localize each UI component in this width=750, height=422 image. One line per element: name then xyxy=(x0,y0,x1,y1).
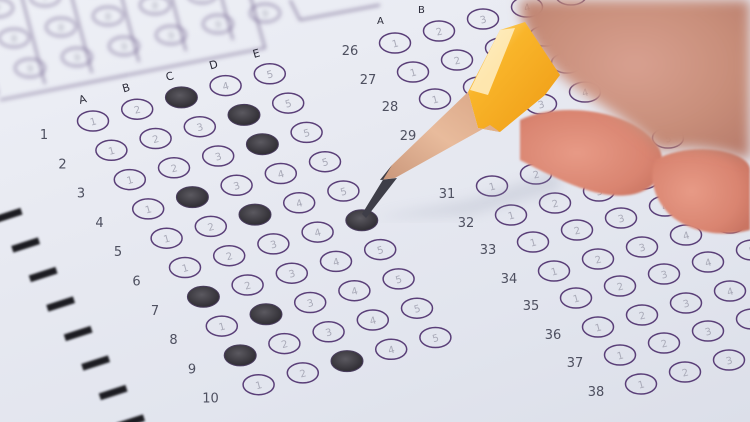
svg-text:3: 3 xyxy=(725,355,734,367)
svg-text:1: 1 xyxy=(507,210,516,222)
svg-text:1: 1 xyxy=(409,67,418,79)
svg-text:2: 2 xyxy=(573,225,582,237)
answer-bubble-2-b[interactable]: 2 xyxy=(140,129,171,149)
answer-bubble-1-b[interactable]: 2 xyxy=(122,99,153,119)
answer-bubble-10-b[interactable]: 2 xyxy=(287,363,318,383)
question-number: 35 xyxy=(523,299,540,314)
answer-bubble-35-a[interactable]: 1 xyxy=(561,288,592,308)
svg-text:1: 1 xyxy=(144,204,153,216)
question-number: 36 xyxy=(545,328,562,343)
id-bubble: 8 xyxy=(93,7,123,25)
answer-bubble-8-e[interactable]: 5 xyxy=(383,269,414,289)
answer-bubble-9-a[interactable] xyxy=(224,345,256,366)
answer-bubble-3-b[interactable]: 2 xyxy=(159,158,190,178)
svg-text:1: 1 xyxy=(181,263,190,275)
timing-mark xyxy=(11,237,40,252)
svg-text:3: 3 xyxy=(537,99,546,111)
svg-text:3: 3 xyxy=(324,327,333,339)
svg-text:1: 1 xyxy=(572,293,581,305)
svg-text:8: 8 xyxy=(58,23,64,34)
answer-bubble-8-b[interactable] xyxy=(250,304,282,325)
answer-bubble-1-e[interactable]: 5 xyxy=(254,64,285,84)
question-number: 5 xyxy=(114,245,122,260)
svg-text:1: 1 xyxy=(529,237,538,249)
svg-text:3: 3 xyxy=(479,14,488,26)
answer-bubble-6-b[interactable]: 2 xyxy=(214,246,245,266)
svg-text:4: 4 xyxy=(726,286,735,298)
svg-text:1: 1 xyxy=(218,321,227,333)
svg-text:3: 3 xyxy=(638,242,647,254)
answer-bubble-28-a[interactable]: 1 xyxy=(420,89,451,109)
timing-mark xyxy=(99,385,128,400)
svg-text:5: 5 xyxy=(321,157,330,169)
svg-text:3: 3 xyxy=(288,269,297,281)
answer-bubble-6-e[interactable] xyxy=(346,210,378,231)
answer-bubble-35-e[interactable]: 5 xyxy=(737,240,750,260)
answer-bubble-9-e[interactable]: 5 xyxy=(402,298,433,318)
answer-bubble-7-c[interactable]: 3 xyxy=(276,263,307,283)
timing-marks xyxy=(0,208,145,422)
answer-bubble-5-a[interactable]: 1 xyxy=(151,228,182,248)
svg-text:2: 2 xyxy=(280,339,289,351)
svg-text:5: 5 xyxy=(266,69,275,81)
answer-bubble-38-a[interactable]: 1 xyxy=(626,374,657,394)
svg-text:4: 4 xyxy=(221,81,230,93)
svg-text:1: 1 xyxy=(616,350,625,362)
question-row-1: 11245 xyxy=(40,64,285,143)
svg-text:4: 4 xyxy=(295,198,304,210)
answer-bubble-26-b[interactable]: 2 xyxy=(424,21,455,41)
answer-bubble-34-c[interactable]: 3 xyxy=(627,237,658,257)
answer-bubble-5-c[interactable] xyxy=(239,204,271,225)
answer-bubble-36-b[interactable]: 2 xyxy=(627,305,658,325)
answer-bubble-4-a[interactable]: 1 xyxy=(133,199,164,219)
id-bubble: 8 xyxy=(0,29,29,47)
pencil-shadow xyxy=(372,170,560,218)
id-bubble: 7 xyxy=(30,0,60,6)
svg-text:3: 3 xyxy=(306,298,315,310)
svg-text:4: 4 xyxy=(682,230,691,242)
svg-text:2: 2 xyxy=(170,163,179,175)
question-number: 1 xyxy=(40,128,48,143)
answer-bubble-38-b[interactable]: 2 xyxy=(670,362,701,382)
svg-text:2: 2 xyxy=(299,368,308,380)
answer-bubble-6-d[interactable]: 4 xyxy=(302,222,333,242)
svg-text:2: 2 xyxy=(435,26,444,38)
svg-text:2: 2 xyxy=(616,281,625,293)
svg-text:1: 1 xyxy=(89,116,98,128)
svg-text:8: 8 xyxy=(152,1,158,12)
question-number: 8 xyxy=(169,333,177,348)
answer-bubble-10-a[interactable]: 1 xyxy=(243,375,274,395)
answer-bubble-1-c[interactable] xyxy=(165,87,197,108)
svg-text:5: 5 xyxy=(284,98,293,110)
svg-text:2: 2 xyxy=(551,198,560,210)
answer-bubble-1-d[interactable]: 4 xyxy=(210,76,241,96)
svg-text:3: 3 xyxy=(232,181,241,193)
question-number: 3 xyxy=(77,187,85,202)
question-row-9: 92345 xyxy=(188,298,433,377)
svg-text:1: 1 xyxy=(254,380,263,392)
timing-mark xyxy=(29,267,58,282)
svg-text:1: 1 xyxy=(162,234,171,246)
svg-text:5: 5 xyxy=(394,274,403,286)
answer-bubble-4-b[interactable] xyxy=(176,187,208,208)
answer-bubble-4-c[interactable]: 3 xyxy=(221,175,252,195)
right-column-header-b: B xyxy=(418,5,425,16)
question-row-37: 371234 xyxy=(567,309,750,371)
answer-bubble-8-a[interactable]: 1 xyxy=(206,316,237,336)
question-row-8: 81345 xyxy=(169,269,414,348)
svg-text:4: 4 xyxy=(704,257,713,269)
svg-text:2: 2 xyxy=(207,222,216,234)
photo-canvas: 789789789789789789 ABCDE 112452123531235… xyxy=(0,0,750,422)
answer-bubble-34-b[interactable]: 2 xyxy=(583,249,614,269)
answer-bubble-34-a[interactable]: 1 xyxy=(539,261,570,281)
answer-bubble-33-b[interactable]: 2 xyxy=(562,220,593,240)
svg-text:2: 2 xyxy=(660,338,669,350)
question-number: 9 xyxy=(188,362,196,377)
answer-bubble-37-d[interactable]: 4 xyxy=(737,309,750,329)
answer-sheet-photo: 789789789789789789 ABCDE 112452123531235… xyxy=(0,0,750,422)
svg-text:3: 3 xyxy=(214,151,223,163)
svg-text:8: 8 xyxy=(11,34,17,45)
svg-text:2: 2 xyxy=(225,251,234,263)
answer-bubble-3-d[interactable] xyxy=(246,134,278,155)
answer-bubble-6-c[interactable]: 3 xyxy=(258,234,289,254)
answer-bubble-7-b[interactable]: 2 xyxy=(232,275,263,295)
svg-text:3: 3 xyxy=(660,269,669,281)
question-number: 26 xyxy=(342,44,359,59)
answer-bubble-33-a[interactable]: 1 xyxy=(518,232,549,252)
svg-text:4: 4 xyxy=(369,315,378,327)
answer-bubble-3-c[interactable]: 3 xyxy=(203,146,234,166)
svg-text:3: 3 xyxy=(682,298,691,310)
svg-text:1: 1 xyxy=(391,38,400,50)
answer-bubble-10-e[interactable]: 5 xyxy=(420,328,451,348)
svg-text:2: 2 xyxy=(453,55,462,67)
answer-bubble-9-c[interactable]: 3 xyxy=(313,322,344,342)
column-header-b: B xyxy=(121,81,132,96)
question-number: 27 xyxy=(360,73,377,88)
answer-bubble-32-a[interactable]: 1 xyxy=(496,205,527,225)
svg-text:2: 2 xyxy=(638,310,647,322)
question-row-4: 41345 xyxy=(95,152,340,231)
svg-text:3: 3 xyxy=(617,213,626,225)
svg-text:7: 7 xyxy=(42,0,48,4)
id-number-grid: 789789789789789789 xyxy=(0,0,380,100)
svg-text:5: 5 xyxy=(413,304,422,316)
question-number: 10 xyxy=(202,392,219,407)
answer-bubble-5-e[interactable]: 5 xyxy=(328,181,359,201)
svg-text:9: 9 xyxy=(168,31,174,42)
answer-bubble-36-d[interactable]: 4 xyxy=(715,281,746,301)
answer-bubble-37-a[interactable]: 1 xyxy=(605,345,636,365)
answer-bubble-37-b[interactable]: 2 xyxy=(649,333,680,353)
column-header-a: A xyxy=(77,92,88,107)
question-number: 38 xyxy=(588,385,605,400)
timing-mark xyxy=(0,208,23,223)
answer-bubble-36-c[interactable]: 3 xyxy=(671,293,702,313)
question-number: 31 xyxy=(439,187,456,202)
svg-text:5: 5 xyxy=(302,128,311,140)
timing-mark xyxy=(64,326,93,341)
svg-text:7: 7 xyxy=(0,4,1,15)
svg-text:1: 1 xyxy=(107,146,116,158)
id-bubble: 8 xyxy=(187,0,217,3)
id-bubble: 8 xyxy=(140,0,170,14)
middle-finger xyxy=(652,149,750,233)
svg-text:8: 8 xyxy=(105,12,111,23)
svg-text:9: 9 xyxy=(27,64,33,75)
answer-bubble-26-a[interactable]: 1 xyxy=(380,33,411,53)
svg-text:4: 4 xyxy=(277,169,286,181)
answer-bubble-27-b[interactable]: 2 xyxy=(442,50,473,70)
svg-text:2: 2 xyxy=(151,134,160,146)
svg-text:3: 3 xyxy=(196,122,205,134)
svg-text:1: 1 xyxy=(637,379,646,391)
svg-text:5: 5 xyxy=(431,333,440,345)
svg-text:4: 4 xyxy=(313,227,322,239)
id-bubble: 7 xyxy=(0,0,13,17)
question-number: 37 xyxy=(567,356,584,371)
answer-bubble-36-a[interactable]: 1 xyxy=(583,317,614,337)
svg-text:5: 5 xyxy=(376,245,385,257)
answer-bubble-32-b[interactable]: 2 xyxy=(540,193,571,213)
answer-bubble-3-a[interactable]: 1 xyxy=(114,170,145,190)
question-number: 2 xyxy=(58,157,66,172)
answer-bubble-8-d[interactable]: 4 xyxy=(339,281,370,301)
answer-bubble-5-b[interactable]: 2 xyxy=(195,216,226,236)
question-number: 28 xyxy=(382,100,399,115)
answer-bubble-26-c[interactable]: 3 xyxy=(468,9,499,29)
id-bubble: 8 xyxy=(46,18,76,36)
answer-bubble-38-c[interactable]: 3 xyxy=(714,350,745,370)
svg-text:2: 2 xyxy=(681,367,690,379)
svg-text:5: 5 xyxy=(339,186,348,198)
svg-text:8: 8 xyxy=(199,0,205,1)
timing-mark xyxy=(81,355,110,370)
column-header-c: C xyxy=(164,69,175,84)
answer-bubble-2-a[interactable]: 1 xyxy=(96,140,127,160)
svg-text:4: 4 xyxy=(387,345,396,357)
svg-text:2: 2 xyxy=(594,254,603,266)
svg-text:9: 9 xyxy=(74,53,80,64)
question-number: 4 xyxy=(95,216,103,231)
svg-text:9: 9 xyxy=(262,9,268,20)
answer-bubble-5-d[interactable]: 4 xyxy=(284,193,315,213)
svg-text:9: 9 xyxy=(215,20,221,31)
timing-mark xyxy=(116,414,145,422)
answer-bubble-7-a[interactable] xyxy=(187,286,219,307)
question-number: 7 xyxy=(151,304,159,319)
left-answer-block: 1124521235312354134551245612347234581345… xyxy=(40,64,451,407)
question-row-5: 51245 xyxy=(114,181,359,260)
question-number: 6 xyxy=(132,275,140,290)
answer-bubble-3-e[interactable]: 5 xyxy=(291,122,322,142)
question-number: 34 xyxy=(501,272,518,287)
svg-text:3: 3 xyxy=(269,239,278,251)
answer-bubble-35-d[interactable]: 4 xyxy=(693,252,724,272)
column-header-d: D xyxy=(208,58,220,73)
answer-bubble-33-c[interactable]: 3 xyxy=(606,208,637,228)
answer-bubble-4-e[interactable]: 5 xyxy=(310,152,341,172)
question-number: 32 xyxy=(458,216,475,231)
svg-text:9: 9 xyxy=(121,42,127,53)
svg-text:1: 1 xyxy=(126,175,135,187)
answer-bubble-7-d[interactable]: 4 xyxy=(321,251,352,271)
right-column-header-a: A xyxy=(377,16,384,27)
svg-text:2: 2 xyxy=(243,280,252,292)
answer-bubble-7-e[interactable]: 5 xyxy=(365,240,396,260)
answer-bubble-27-a[interactable]: 1 xyxy=(398,62,429,82)
question-row-36: 361234 xyxy=(545,281,746,343)
answer-bubble-9-d[interactable]: 4 xyxy=(357,310,388,330)
svg-text:1: 1 xyxy=(550,266,559,278)
question-number: 33 xyxy=(480,243,497,258)
answer-bubble-2-c[interactable]: 3 xyxy=(184,117,215,137)
answer-bubble-1-a[interactable]: 1 xyxy=(78,111,109,131)
answer-bubble-2-e[interactable]: 5 xyxy=(273,93,304,113)
timing-mark xyxy=(46,296,75,311)
answer-bubble-9-b[interactable]: 2 xyxy=(269,334,300,354)
answer-bubble-10-c[interactable] xyxy=(331,351,363,372)
svg-text:1: 1 xyxy=(594,322,603,334)
answer-bubble-8-c[interactable]: 3 xyxy=(295,293,326,313)
answer-bubble-6-a[interactable]: 1 xyxy=(170,258,201,278)
answer-bubble-2-d[interactable] xyxy=(228,104,260,125)
answer-bubble-37-c[interactable]: 3 xyxy=(693,321,724,341)
svg-text:4: 4 xyxy=(350,286,359,298)
question-number: 29 xyxy=(400,129,417,144)
svg-text:2: 2 xyxy=(133,105,142,117)
answer-bubble-4-d[interactable]: 4 xyxy=(265,164,296,184)
svg-text:3: 3 xyxy=(704,326,713,338)
answer-bubble-10-d[interactable]: 4 xyxy=(376,339,407,359)
question-row-38: 38123 xyxy=(588,350,745,400)
answer-bubble-35-b[interactable]: 2 xyxy=(605,276,636,296)
svg-text:4: 4 xyxy=(332,257,341,269)
answer-bubble-35-c[interactable]: 3 xyxy=(649,264,680,284)
svg-text:1: 1 xyxy=(431,94,440,106)
